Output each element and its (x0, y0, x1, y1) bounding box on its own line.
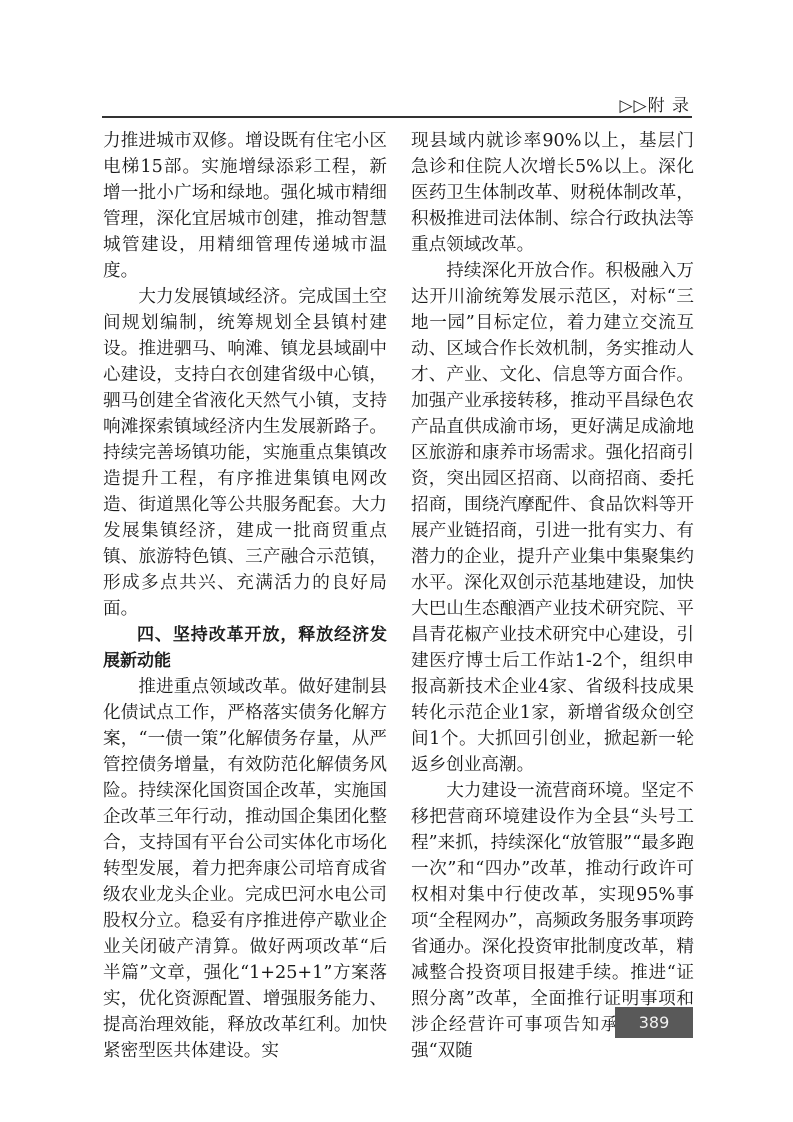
paragraph-open-cooperation: 持续深化开放合作。积极融入万达开川渝统筹发展示范区，对标“三地一园”目标定位，着… (411, 258, 694, 778)
left-column: 力推进城市双修。增设既有住宅小区电梯15部。实施增绿添彩工程，新增一批小广场和绿… (103, 128, 387, 1064)
page-number: 389 (615, 1007, 693, 1038)
running-header: ▷▷附 录 (102, 90, 692, 118)
paragraph-continuation: 力推进城市双修。增设既有住宅小区电梯15部。实施增绿添彩工程，新增一批小广场和绿… (103, 128, 387, 284)
section-marker: ▷▷附 录 (619, 91, 690, 116)
paragraph-key-reforms: 推进重点领域改革。做好建制县化债试点工作，严格落实债务化解方案，“一债一策”化解… (103, 674, 387, 1064)
section-heading: 四、坚持改革开放，释放经济发展新动能 (103, 622, 387, 674)
paragraph-town-economy: 大力发展镇域经济。完成国土空间规划编制，统筹规划全县镇村建设。推进驷马、响滩、镇… (103, 284, 387, 622)
right-column: 现县域内就诊率90%以上，基层门急诊和住院人次增长5%以上。深化医药卫生体制改革… (411, 128, 694, 1064)
paragraph-continuation: 现县域内就诊率90%以上，基层门急诊和住院人次增长5%以上。深化医药卫生体制改革… (411, 128, 694, 258)
